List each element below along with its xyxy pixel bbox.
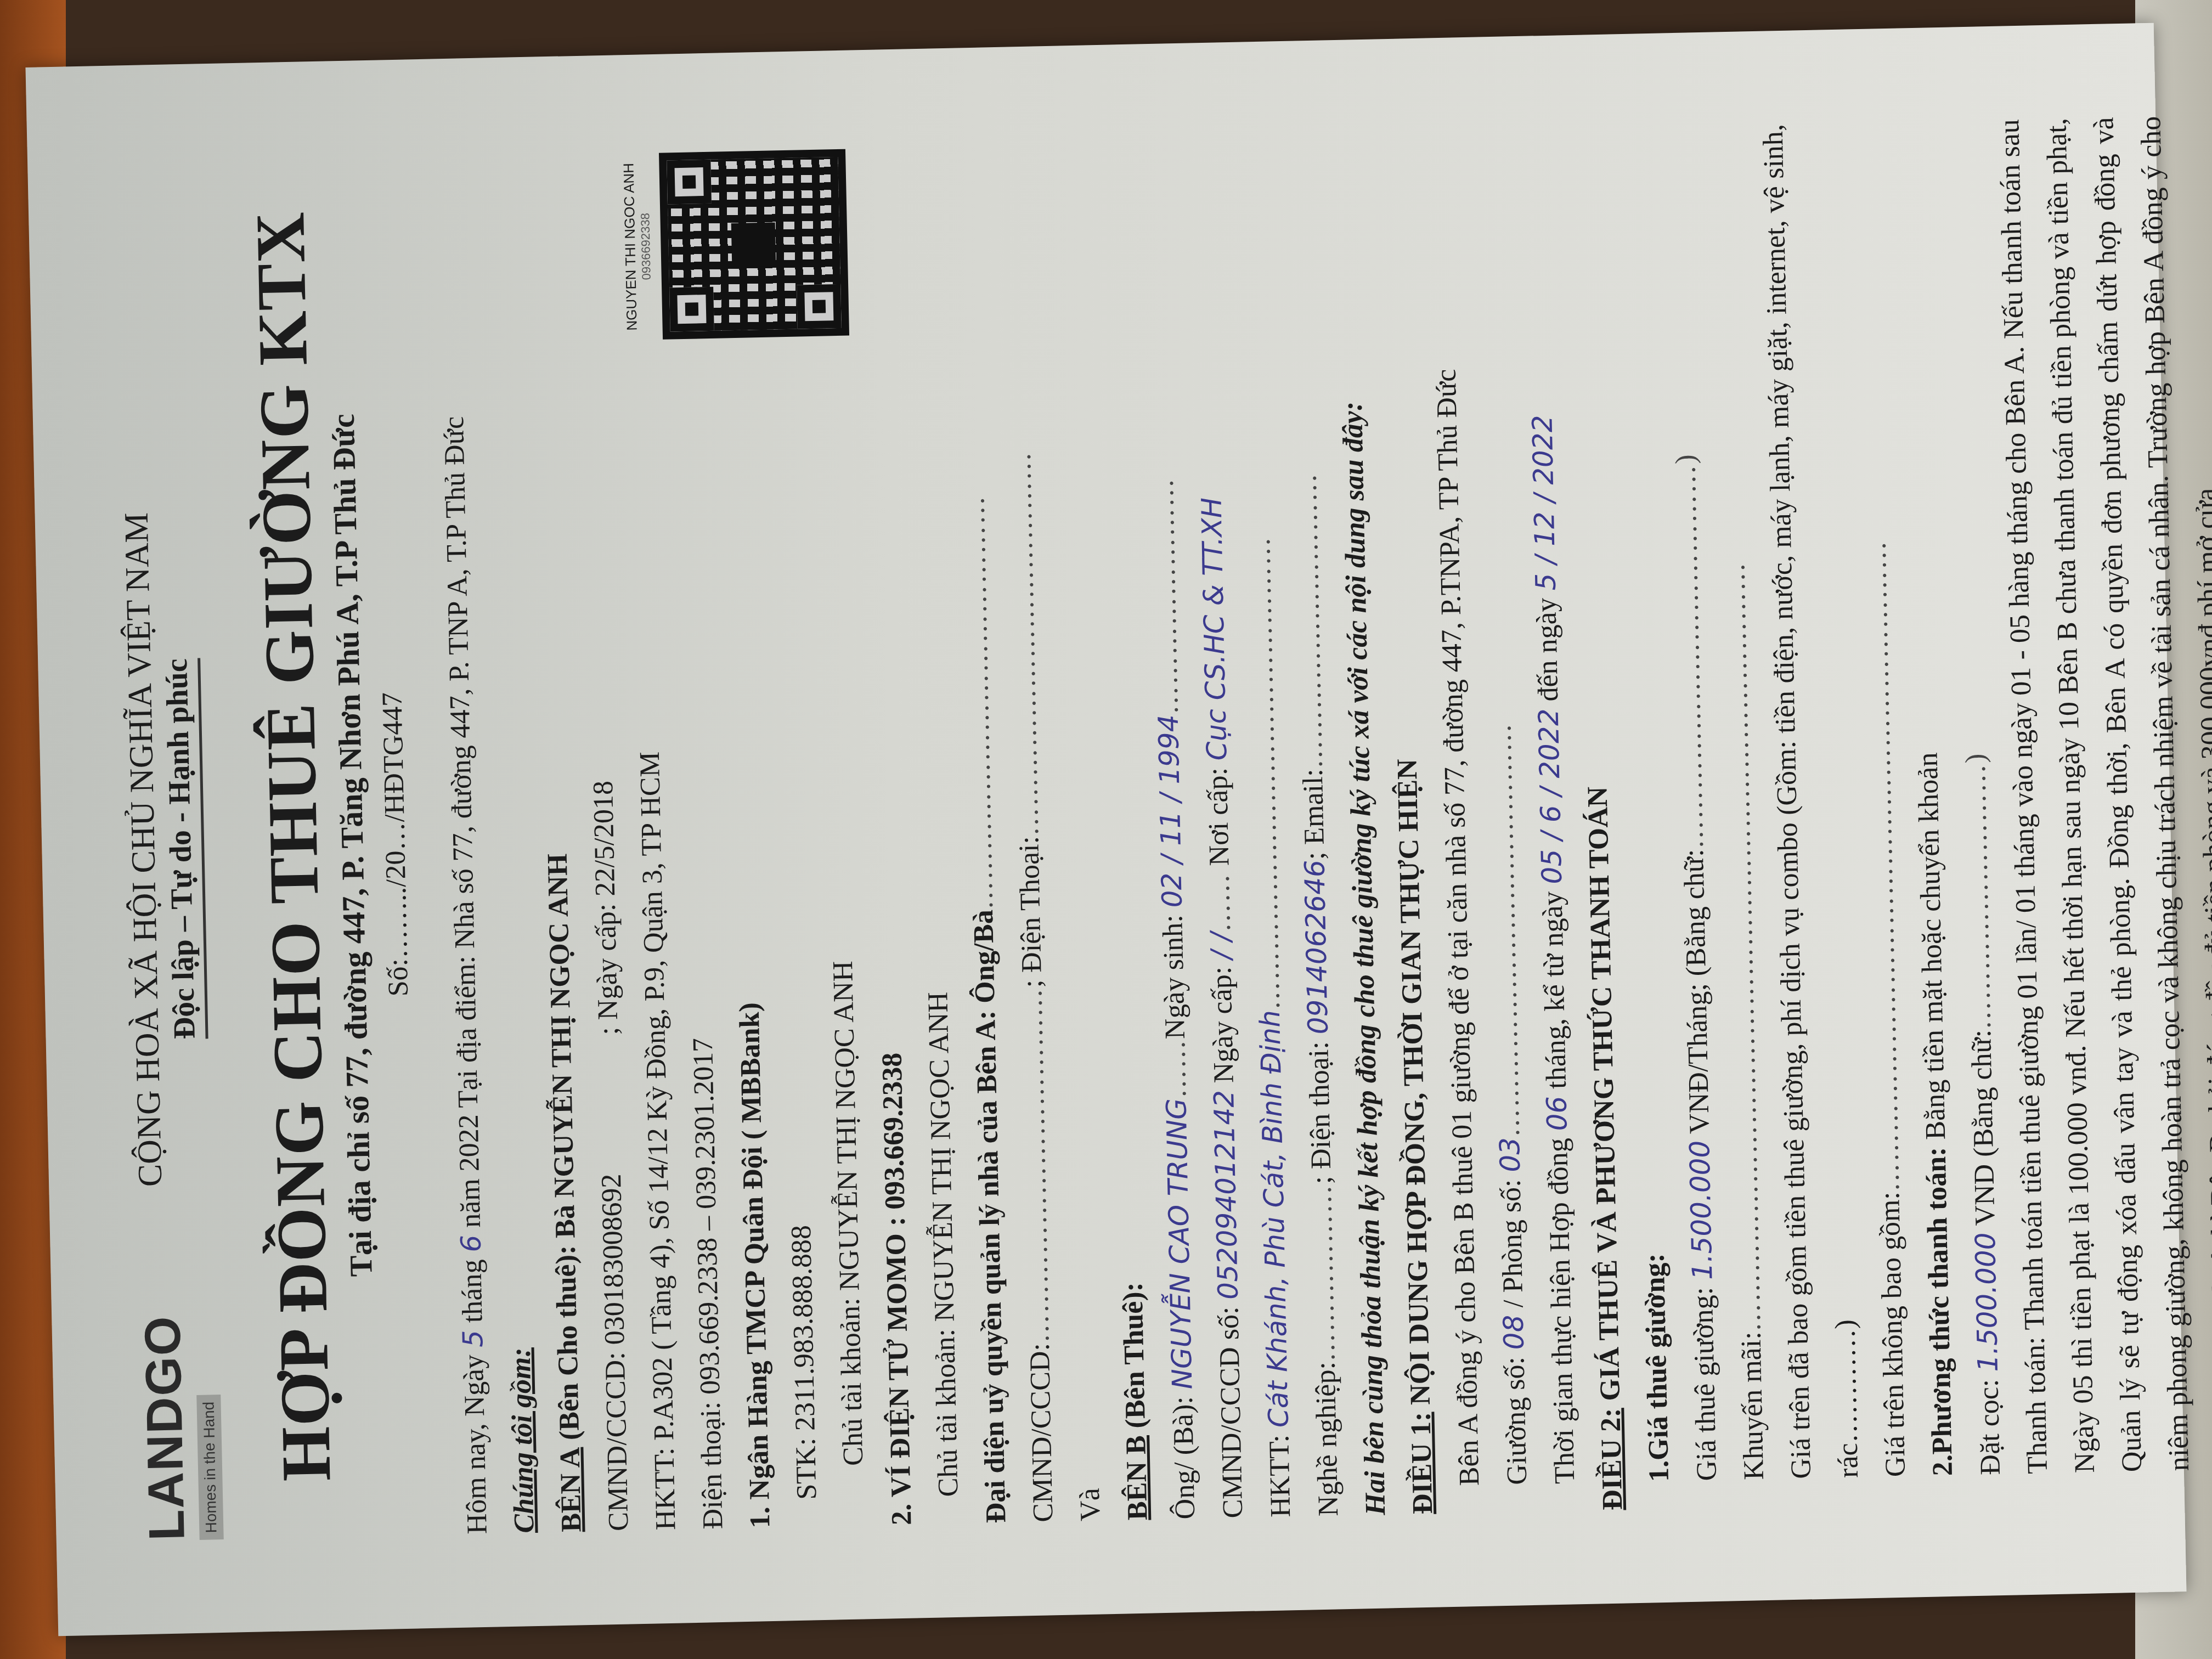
qr-code-icon <box>659 149 849 340</box>
national-motto: Độc lập – Tự do - Hạnh phúc <box>159 658 208 1040</box>
national-header: CỘNG HOÀ XÃ HỘI CHỦ NGHĨA VIỆT NAM Độc l… <box>114 355 215 1344</box>
contract-document: LANDGO Homes in the Hand CỘNG HOÀ XÃ HỘI… <box>25 23 2186 1637</box>
brand-name: LANDGO <box>134 1342 196 1541</box>
brand-tagline: Homes in the Hand <box>196 1395 224 1540</box>
document-header: LANDGO Homes in the Hand CỘNG HOÀ XÃ HỘI… <box>110 157 224 1542</box>
landgo-logo: LANDGO Homes in the Hand <box>134 1342 224 1541</box>
qr-payment-block: NGUYEN THI NGOC ANH 0936692338 <box>620 144 849 346</box>
payment-terms: Thanh toán: Thanh toán tiền thuê giường … <box>1986 115 2212 1502</box>
